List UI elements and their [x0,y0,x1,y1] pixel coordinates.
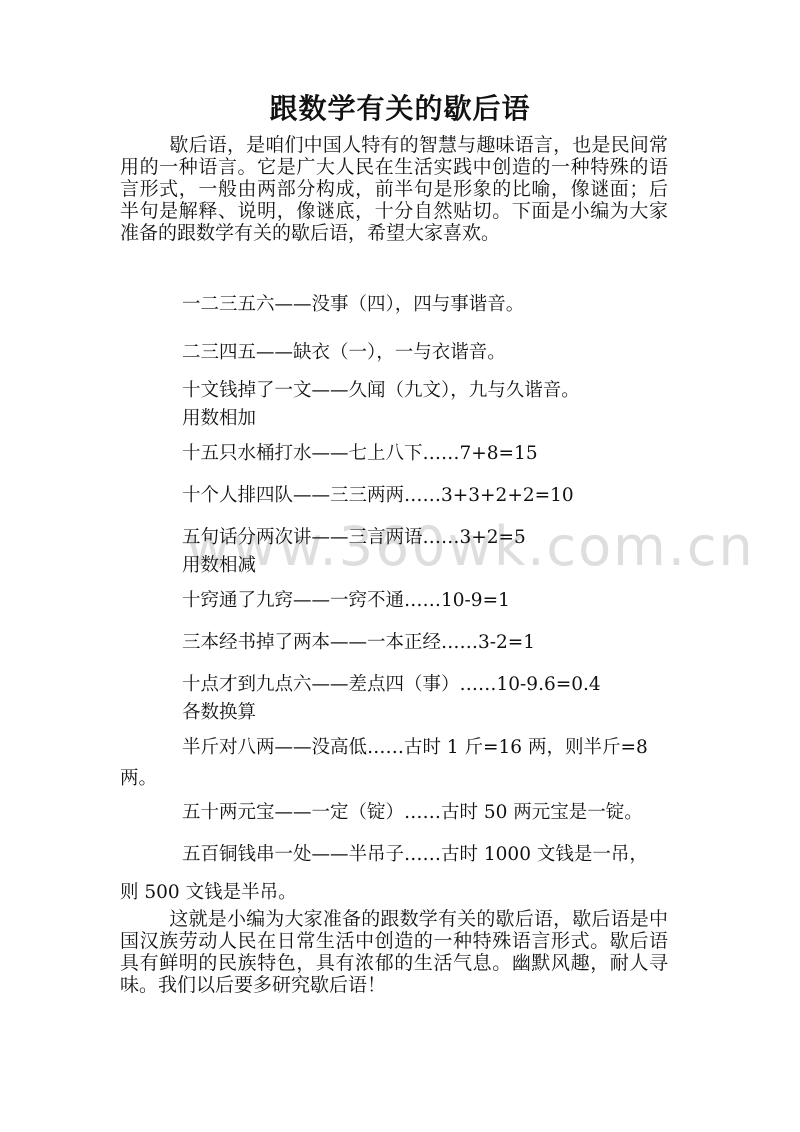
saying-line: 十个人排四队——三三两两……3+3+2+2=10 [182,485,574,507]
saying-line: 一二三五六——没事（四），四与事谐音。 [182,294,524,316]
section-heading-conversion: 各数换算 [182,702,256,724]
page-title: 跟数学有关的歇后语 [0,92,800,126]
saying-line-continuation: 则 500 文钱是半吊。 [120,882,297,904]
saying-line: 五句话分两次讲——三言两语……3+2=5 [182,527,526,549]
intro-paragraph: 歇后语，是咱们中国人特有的智慧与趣味语言，也是民间常用的一种语言。它是广大人民在… [120,134,668,244]
section-heading-subtraction: 用数相减 [182,555,256,577]
saying-line: 二三四五——缺衣（一），一与衣谐音。 [182,342,506,364]
saying-line: 十点才到九点六——差点四（事）……10-9.6=0.4 [182,674,601,696]
closing-paragraph: 这就是小编为大家准备的跟数学有关的歇后语，歇后语是中国汉族劳动人民在日常生活中创… [120,908,668,996]
saying-line: 五百铜钱串一处——半吊子……古时 1000 文钱是一吊， [182,844,648,866]
section-heading-addition: 用数相加 [182,408,256,430]
saying-line: 十文钱掉了一文——久闻（九文），九与久谐音。 [182,380,580,402]
saying-line: 三本经书掉了两本——一本正经……3-2=1 [182,632,535,654]
saying-line: 半斤对八两——没高低……古时 1 斤=16 两，则半斤=8 [182,737,648,759]
saying-line: 十窍通了九窍——一窍不通……10-9=1 [182,590,510,612]
saying-line: 五十两元宝——一定（锭）……古时 50 两元宝是一锭。 [182,802,643,824]
saying-line: 十五只水桶打水——七上八下……7+8=15 [182,443,538,465]
saying-line-continuation: 两。 [120,768,157,790]
